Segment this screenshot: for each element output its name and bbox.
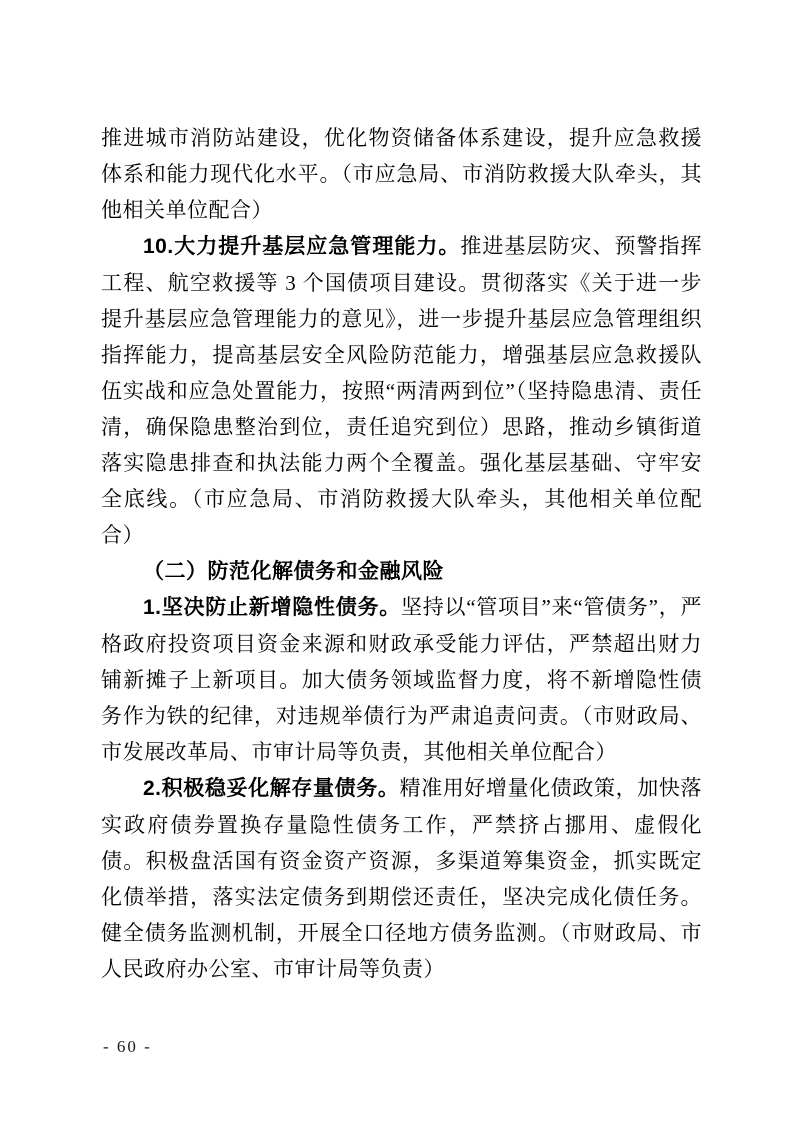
document-page: 推进城市消防站建设，优化物资储备体系建设，提升应急救援体系和能力现代化水平。（市…	[0, 0, 793, 1122]
page-footer: - 60 -	[103, 1036, 152, 1058]
paragraph-text: 精准用好增量化债政策，加快落实政府债券置换存量隐性债务工作，严禁挤占挪用、虚假化…	[101, 776, 702, 981]
paragraph-text: 推进城市消防站建设，优化物资储备体系建设，提升应急救援体系和能力现代化水平。（市…	[101, 126, 702, 222]
paragraph-item-10: 10.大力提升基层应急管理能力。推进基层防灾、预警指挥工程、航空救援等 3 个国…	[101, 228, 702, 553]
paragraph-item-1: 1.坚决防止新增隐性债务。坚持以“管项目”来“管债务”，严格政府投资项目资金来源…	[101, 589, 702, 770]
paragraph-lead: 10.大力提升基层应急管理能力。	[143, 235, 460, 258]
paragraph-text: 坚持以“管项目”来“管债务”，严格政府投资项目资金来源和财政承受能力评估，严禁超…	[101, 595, 702, 764]
paragraph-continuation: 推进城市消防站建设，优化物资储备体系建设，提升应急救援体系和能力现代化水平。（市…	[101, 120, 702, 228]
paragraph-text: 推进基层防灾、预警指挥工程、航空救援等 3 个国债项目建设。贯彻落实《关于进一步…	[101, 234, 702, 547]
section-heading: （二）防范化解债务和金融风险	[101, 553, 702, 589]
paragraph-lead: 1.坚决防止新增隐性债务。	[143, 596, 401, 619]
page-body: 推进城市消防站建设，优化物资储备体系建设，提升应急救援体系和能力现代化水平。（市…	[101, 120, 702, 987]
paragraph-item-2: 2.积极稳妥化解存量债务。精准用好增量化债政策，加快落实政府债券置换存量隐性债务…	[101, 770, 702, 987]
page-number: - 60 -	[103, 1037, 152, 1056]
paragraph-lead: 2.积极稳妥化解存量债务。	[143, 777, 399, 800]
